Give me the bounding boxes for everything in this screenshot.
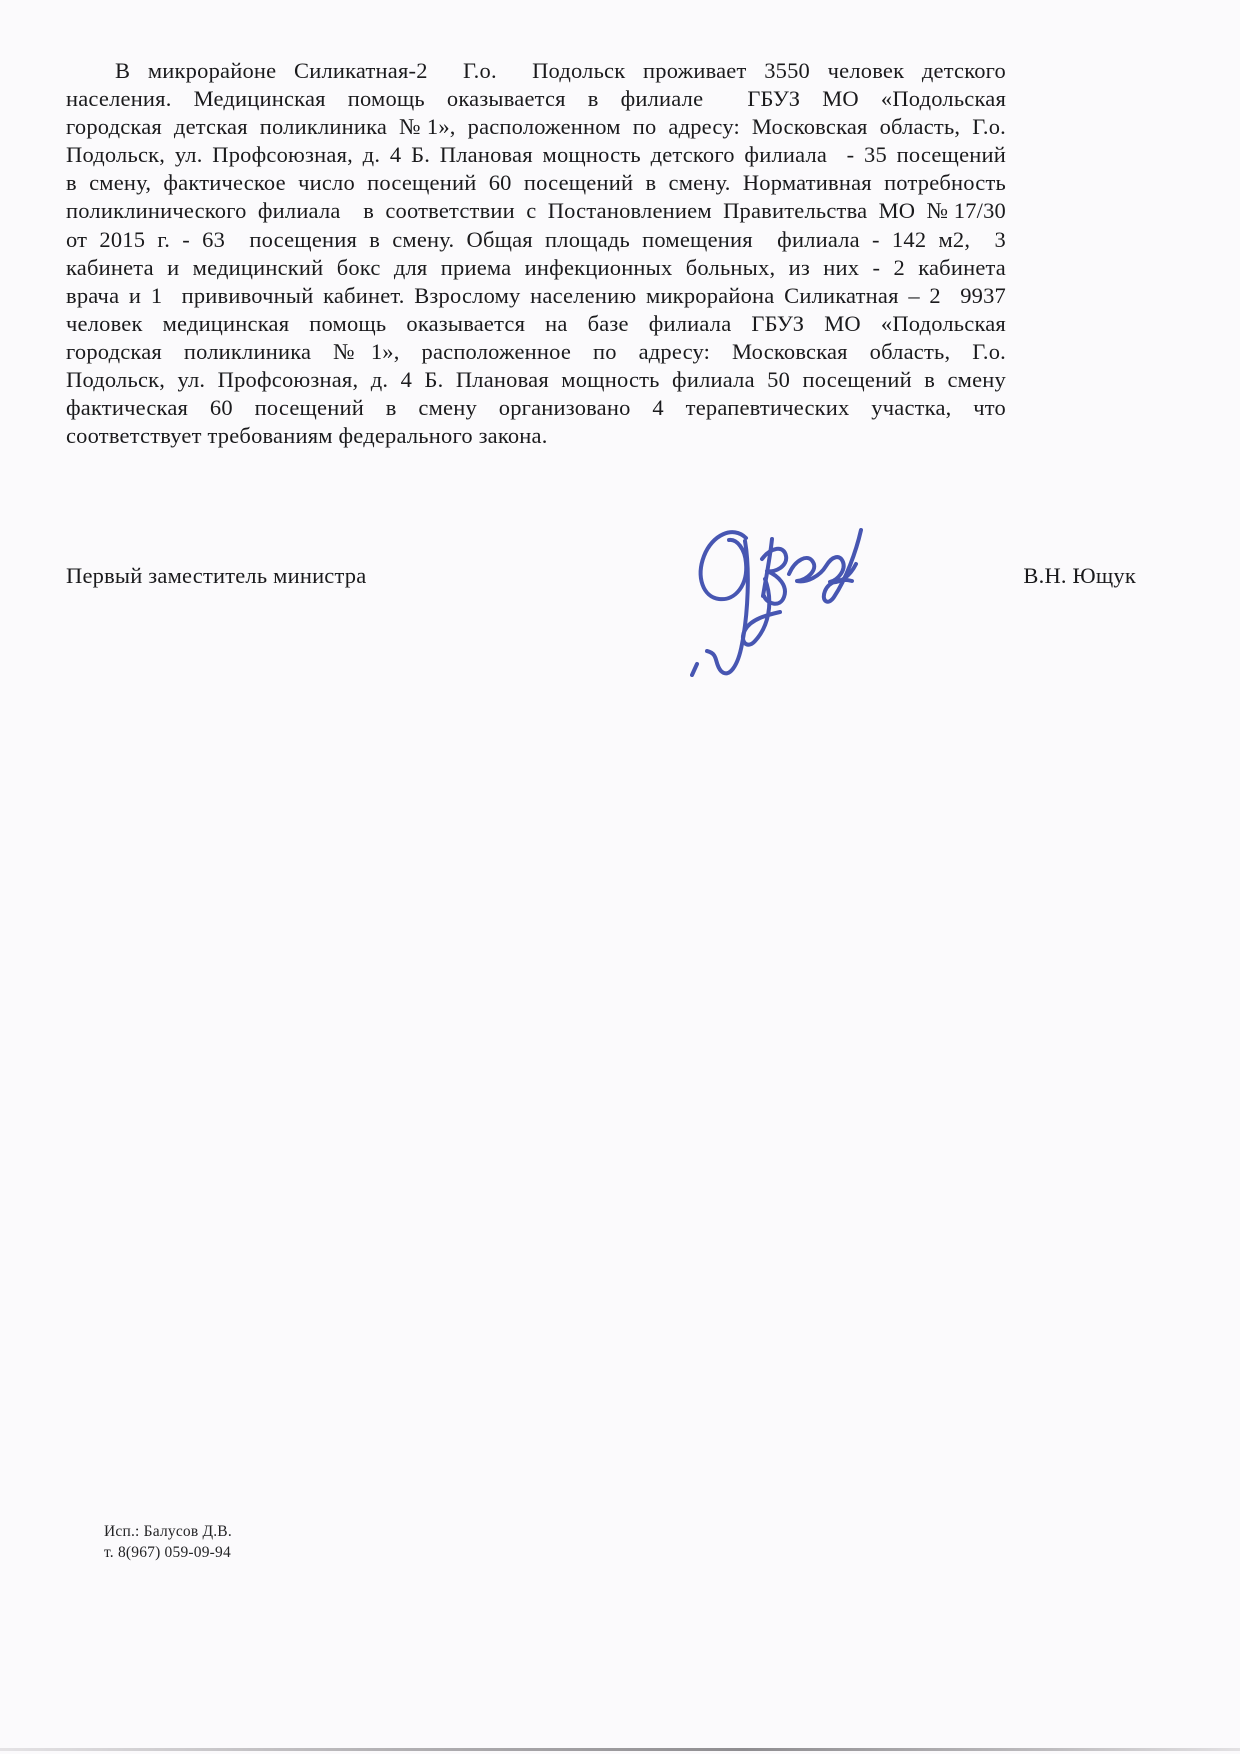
paragraph-line: населения. Медицинская помощь оказываетс…	[66, 85, 1006, 113]
executor-phone: т. 8(967) 059-09-94	[104, 1542, 232, 1563]
paragraph-line: городская детская поликлиника №1», распо…	[66, 113, 1006, 141]
executor-note: Исп.: Балусов Д.В. т. 8(967) 059-09-94	[104, 1521, 232, 1563]
scanned-document-page: В микрорайоне Силикатная-2 Г.о. Подольск…	[0, 0, 1240, 1754]
executor-name: Исп.: Балусов Д.В.	[104, 1521, 232, 1542]
signer-position-label: Первый заместитель министра	[66, 563, 366, 589]
paragraph-line: Подольск, ул. Профсоюзная, д. 4 Б. Плано…	[66, 141, 1006, 169]
paragraph-line: соответствует требованиям федерального з…	[66, 422, 1006, 450]
paragraph-line: поликлинического филиала в соответствии …	[66, 197, 1006, 225]
paragraph-line: городская поликлиника №1», расположенное…	[66, 338, 1006, 366]
paragraph-line: в смену, фактическое число посещений 60 …	[66, 169, 1006, 197]
scan-edge-artifact	[0, 1748, 1240, 1751]
paragraph-line: человек медицинская помощь оказывается н…	[66, 310, 1006, 338]
paragraph-line: Подольск, ул. Профсоюзная, д. 4 Б. Плано…	[66, 366, 1006, 394]
handwritten-signature-ink	[683, 518, 875, 700]
paragraph-line: фактическая 60 посещений в смену организ…	[66, 394, 1006, 422]
signoff-row: Первый заместитель министра В.Н. Ющук	[66, 563, 1136, 589]
paragraph-line: В микрорайоне Силикатная-2 Г.о. Подольск…	[66, 57, 1006, 85]
paragraph-line: от 2015 г. - 63 посещения в смену. Общая…	[66, 226, 1006, 254]
paragraph-line: кабинета и медицинский бокс для приема и…	[66, 254, 1006, 282]
signer-name: В.Н. Ющук	[1023, 563, 1136, 589]
main-paragraph: В микрорайоне Силикатная-2 Г.о. Подольск…	[66, 57, 1006, 450]
paragraph-line: врача и 1 прививочный кабинет. Взрослому…	[66, 282, 1006, 310]
